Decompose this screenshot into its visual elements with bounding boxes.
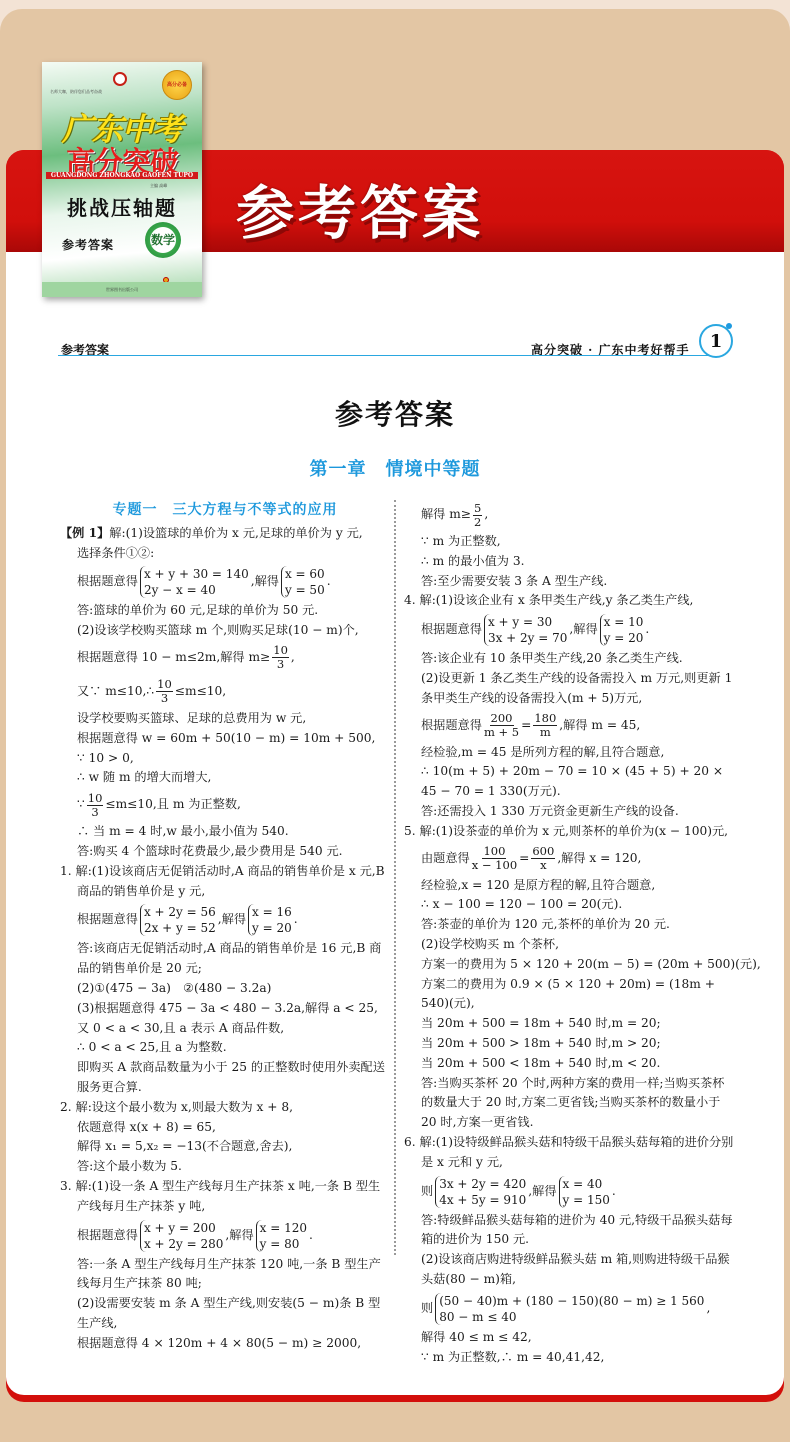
chapter-title: 第一章 情境中等题 bbox=[0, 455, 790, 481]
text-line: 答:茶壶的单价为 120 元,茶杯的单价为 20 元. bbox=[404, 915, 734, 935]
text: 根据题意得 bbox=[77, 1226, 138, 1246]
text: 则 bbox=[421, 1182, 433, 1202]
fraction-line: 又∵ m≤10,∴103≤m≤10, bbox=[60, 675, 390, 709]
equation-brace: x + 2y = 562x + y = 52 bbox=[140, 904, 216, 936]
equation: 2x + y = 52 bbox=[144, 920, 216, 936]
fraction-line: 根据题意得 10 − m≤2m,解得 m≥103, bbox=[60, 641, 390, 675]
header-rule bbox=[58, 355, 708, 356]
denominator: x bbox=[540, 859, 547, 872]
numerator: 600 bbox=[531, 845, 555, 859]
equation: 4x + 5y = 910 bbox=[439, 1192, 526, 1208]
book-cover-image: 名师大咖，陪伴您们品考奋战 高分必备 广东中考 高分突破 GUANGDONG Z… bbox=[42, 62, 202, 297]
equation: 2y − x = 40 bbox=[144, 582, 249, 598]
text: ≤m≤10, bbox=[175, 682, 226, 702]
numerator: 10 bbox=[87, 792, 104, 806]
example-1-line: 【例 1】解:(1)设篮球的单价为 x 元,足球的单价为 y 元, bbox=[60, 524, 390, 544]
inequality-brace: (50 − 40)m + (180 − 150)(80 − m) ≥ 1 560… bbox=[435, 1293, 704, 1325]
denominator: 3 bbox=[277, 658, 284, 671]
text-line: ∵ m 为正整数, bbox=[404, 532, 734, 552]
text: 根据题意得 bbox=[421, 620, 482, 640]
text-line: 当 20m + 500 < 18m + 540 时,m < 20. bbox=[404, 1054, 734, 1074]
text: ,解得 m = 45, bbox=[559, 716, 640, 736]
text-line: 方案一的费用为 5 × 120 + 20(m − 5) = (20m + 500… bbox=[404, 955, 734, 975]
page-badge-dot-icon bbox=[726, 323, 732, 329]
equation: x = 16 bbox=[252, 904, 292, 920]
equation: x = 40 bbox=[563, 1176, 610, 1192]
column-divider bbox=[394, 500, 396, 1255]
text-line: 根据题意得 w = 60m + 50(10 − m) = 10m + 500, bbox=[60, 729, 390, 749]
cover-title-line4: 参考答案 bbox=[62, 236, 114, 253]
denominator: 3 bbox=[161, 692, 168, 705]
inequality: (50 − 40)m + (180 − 150)(80 − m) ≥ 1 560 bbox=[439, 1293, 704, 1309]
inequality-system: 则 (50 − 40)m + (180 − 150)(80 − m) ≥ 1 5… bbox=[404, 1290, 734, 1328]
fraction: 180m bbox=[533, 712, 557, 739]
equation: x = 60 bbox=[285, 566, 325, 582]
text: ,解得 bbox=[225, 1226, 253, 1246]
equation: x + 2y = 56 bbox=[144, 904, 216, 920]
denominator: x − 100 bbox=[472, 859, 517, 872]
cover-slogan: 名师大咖，陪伴您们品考奋战 bbox=[50, 89, 102, 95]
equation: x + 2y = 280 bbox=[144, 1236, 223, 1252]
text: 根据题意得 bbox=[77, 572, 138, 592]
text-line: ∴ x − 100 = 120 − 100 = 20(元). bbox=[404, 895, 734, 915]
fraction-line: 由题意得100x − 100=600x,解得 x = 120, bbox=[404, 842, 734, 876]
equation-system: 根据题意得 x + y = 200x + 2y = 280 ,解得 x = 12… bbox=[60, 1217, 390, 1255]
banner-title: 参考答案 bbox=[236, 166, 484, 250]
document-title: 参考答案 bbox=[0, 393, 790, 433]
text: 根据题意得 bbox=[77, 910, 138, 930]
equation-brace: x + y + 30 = 1402y − x = 40 bbox=[140, 566, 249, 598]
text-line: ∴ 10(m + 5) + 20m − 70 = 10 × (45 + 5) +… bbox=[404, 762, 734, 802]
equation: y = 20 bbox=[604, 630, 644, 646]
text-line: 根据题意得 4 × 120m + 4 × 80(5 − m) ≥ 2000, bbox=[60, 1334, 390, 1354]
equation-system: 则 3x + 2y = 4204x + 5y = 910 ,解得 x = 40y… bbox=[404, 1173, 734, 1211]
text-line: 解得 40 ≤ m ≤ 42, bbox=[404, 1328, 734, 1348]
text-line: 答:该商店无促销活动时,A 商品的销售单价是 16 元,B 商品的销售单价是 2… bbox=[60, 939, 390, 979]
text: ≤m≤10,且 m 为正整数, bbox=[105, 795, 240, 815]
text-line: 选择条件①②: bbox=[60, 544, 390, 564]
text: 根据题意得 10 − m≤2m,解得 m≥ bbox=[77, 648, 270, 668]
question-5: 5. 解:(1)设茶壶的单价为 x 元,则茶杯的单价为(x − 100)元, bbox=[404, 822, 734, 842]
text: ,解得 bbox=[569, 620, 597, 640]
text-line: ∴ 当 m = 4 时,w 最小,最小值为 540. bbox=[60, 822, 390, 842]
solution-brace: x = 60y = 50 bbox=[281, 566, 325, 598]
numerator: 100 bbox=[482, 845, 506, 859]
equation: y = 80 bbox=[260, 1236, 307, 1252]
text-line: 答:该企业有 10 条甲类生产线,20 条乙类生产线. bbox=[404, 649, 734, 669]
numerator: 5 bbox=[473, 502, 482, 516]
inequality: 80 − m ≤ 40 bbox=[439, 1309, 704, 1325]
question-4: 4. 解:(1)设该企业有 x 条甲类生产线,y 条乙类生产线, bbox=[404, 591, 734, 611]
text-line: ∵ m 为正整数,∴ m = 40,41,42, bbox=[404, 1348, 734, 1368]
equation-system: 根据题意得 x + y + 30 = 1402y − x = 40 ,解得 x … bbox=[60, 563, 390, 601]
denominator: m + 5 bbox=[484, 726, 519, 739]
equation: 3x + 2y = 70 bbox=[488, 630, 567, 646]
cover-editor: 主编 高峰 bbox=[150, 183, 167, 189]
text: = bbox=[519, 849, 529, 869]
text-line: (2)设该商店购进特级鲜品猴头菇 m 箱,则购进特级干品猴头菇(80 − m)箱… bbox=[404, 1250, 734, 1290]
equation: x + y = 200 bbox=[144, 1220, 223, 1236]
text-line: (2)设学校购买 m 个茶杯, bbox=[404, 935, 734, 955]
text-line: 答:当购买茶杯 20 个时,两种方案的费用一样;当购买茶杯的数量大于 20 时,… bbox=[404, 1074, 734, 1133]
equation-system: 根据题意得 x + 2y = 562x + y = 52 ,解得 x = 16y… bbox=[60, 901, 390, 939]
text-line: (2)设更新 1 条乙类生产线的设备需投入 m 万元,则更新 1 条甲类生产线的… bbox=[404, 669, 734, 709]
text: ,解得 bbox=[218, 910, 246, 930]
text: 解得 m≥ bbox=[421, 505, 471, 525]
text: 根据题意得 bbox=[421, 716, 482, 736]
text-line: 依题意得 x(x + 8) = 65, bbox=[60, 1118, 390, 1138]
equation: y = 150 bbox=[563, 1192, 610, 1208]
numerator: 180 bbox=[533, 712, 557, 726]
solution-brace: x = 10y = 20 bbox=[600, 614, 644, 646]
subject-badge: 数学 bbox=[145, 222, 181, 258]
text-line: 答:至少需要安装 3 条 A 型生产线. bbox=[404, 572, 734, 592]
fraction: 52 bbox=[473, 502, 482, 529]
text-line: 经检验,m = 45 是所列方程的解,且符合题意, bbox=[404, 743, 734, 763]
numerator: 10 bbox=[156, 678, 173, 692]
numerator: 10 bbox=[272, 644, 289, 658]
text: 由题意得 bbox=[421, 849, 470, 869]
denominator: 2 bbox=[474, 516, 481, 529]
denominator: 3 bbox=[91, 806, 98, 819]
text-line: 答:一条 A 型生产线每月生产抹茶 120 吨,一条 B 型生产线每月生产抹茶 … bbox=[60, 1255, 390, 1295]
text: ,解得 x = 120, bbox=[557, 849, 641, 869]
equation: y = 20 bbox=[252, 920, 292, 936]
text: 解:(1)设篮球的单价为 x 元,足球的单价为 y 元, bbox=[109, 526, 362, 540]
fraction: 100x − 100 bbox=[472, 845, 517, 872]
right-column: 解得 m≥52, ∵ m 为正整数, ∴ m 的最小值为 3. 答:至少需要安装… bbox=[404, 498, 734, 1367]
text: 又∵ m≤10,∴ bbox=[77, 682, 154, 702]
numerator: 200 bbox=[490, 712, 514, 726]
text-line: 又 0 < a < 30,且 a 表示 A 商品件数, bbox=[60, 1019, 390, 1039]
left-column: 专题一 三大方程与不等式的应用 【例 1】解:(1)设篮球的单价为 x 元,足球… bbox=[60, 501, 390, 1354]
fraction-line: 解得 m≥52, bbox=[404, 498, 734, 532]
fraction-line: ∵103≤m≤10,且 m 为正整数, bbox=[60, 788, 390, 822]
text-line: (2)设该学校购买篮球 m 个,则购买足球(10 − m)个, bbox=[60, 621, 390, 641]
text-line: 方案二的费用为 0.9 × (5 × 120 + 20m) = (18m + 5… bbox=[404, 975, 734, 1015]
text-line: 答:这个最小数为 5. bbox=[60, 1157, 390, 1177]
denominator: m bbox=[540, 726, 551, 739]
equation: y = 50 bbox=[285, 582, 325, 598]
text-line: 即购买 A 款商品数量为小于 25 的正整数时使用外卖配送服务更合算. bbox=[60, 1058, 390, 1098]
text-line: 答:还需投入 1 330 万元资金更新生产线的设备. bbox=[404, 802, 734, 822]
text-line: 答:购买 4 个篮球时花费最少,最少费用是 540 元. bbox=[60, 842, 390, 862]
text-line: 解得 x₁ = 5,x₂ = −13(不合题意,舍去), bbox=[60, 1137, 390, 1157]
fraction: 103 bbox=[272, 644, 289, 671]
solution-brace: x = 40y = 150 bbox=[559, 1176, 610, 1208]
medal-badge-icon: 高分必备 bbox=[162, 70, 192, 100]
solution-brace: x = 16y = 20 bbox=[248, 904, 292, 936]
text: , bbox=[706, 1299, 710, 1319]
question-1: 1. 解:(1)设该商店无促销活动时,A 商品的销售单价是 x 元,B 商品的销… bbox=[60, 862, 390, 902]
cover-title-line3: 挑战压轴题 bbox=[42, 192, 202, 221]
equation-brace: 3x + 2y = 4204x + 5y = 910 bbox=[435, 1176, 526, 1208]
text-line: (3)根据题意得 475 − 3a < 480 − 3.2a,解得 a < 25… bbox=[60, 999, 390, 1019]
equation-brace: x + y = 303x + 2y = 70 bbox=[484, 614, 567, 646]
equation: x + y + 30 = 140 bbox=[144, 566, 249, 582]
fraction: 600x bbox=[531, 845, 555, 872]
question-6: 6. 解:(1)设特级鲜品猴头菇和特级干品猴头菇每箱的进价分别是 x 元和 y … bbox=[404, 1133, 734, 1173]
text-line: 答:特级鲜品猴头菇每箱的进价为 40 元,特级干品猴头菇每箱的进价为 150 元… bbox=[404, 1211, 734, 1251]
text: ,解得 bbox=[251, 572, 279, 592]
text-line: 设学校要购买篮球、足球的总费用为 w 元, bbox=[60, 709, 390, 729]
question-2: 2. 解:设这个最小数为 x,则最大数为 x + 8, bbox=[60, 1098, 390, 1118]
fraction: 103 bbox=[87, 792, 104, 819]
equation: x = 120 bbox=[260, 1220, 307, 1236]
cover-pinyin: GUANGDONG ZHONGKAO GAOFEN TUPO bbox=[46, 172, 198, 179]
text: = bbox=[521, 716, 531, 736]
text-line: 经检验,x = 120 是原方程的解,且符合题意, bbox=[404, 876, 734, 896]
text: ,解得 bbox=[528, 1182, 556, 1202]
section-title: 专题一 三大方程与不等式的应用 bbox=[60, 501, 390, 521]
equation: x = 10 bbox=[604, 614, 644, 630]
equation-brace: x + y = 200x + 2y = 280 bbox=[140, 1220, 223, 1252]
text-line: 答:篮球的单价为 60 元,足球的单价为 50 元. bbox=[60, 601, 390, 621]
text-line: ∵ 10 > 0, bbox=[60, 749, 390, 769]
publisher-logo-icon bbox=[113, 72, 127, 86]
question-3: 3. 解:(1)设一条 A 型生产线每月生产抹茶 x 吨,一条 B 型生产线每月… bbox=[60, 1177, 390, 1217]
fraction: 200m + 5 bbox=[484, 712, 519, 739]
fraction-line: 根据题意得200m + 5=180m,解得 m = 45, bbox=[404, 709, 734, 743]
text-line: ∴ m 的最小值为 3. bbox=[404, 552, 734, 572]
fraction: 103 bbox=[156, 678, 173, 705]
cover-publisher: 世界图书出版公司 bbox=[42, 282, 202, 297]
page-number: 1 bbox=[699, 324, 733, 358]
text: 则 bbox=[421, 1299, 433, 1319]
text-line: 当 20m + 500 > 18m + 540 时,m > 20; bbox=[404, 1034, 734, 1054]
text: ∵ bbox=[77, 795, 85, 815]
solution-brace: x = 120y = 80 bbox=[256, 1220, 307, 1252]
equation: 3x + 2y = 420 bbox=[439, 1176, 526, 1192]
text-line: (2)设需要安装 m 条 A 型生产线,则安装(5 − m)条 B 型生产线, bbox=[60, 1294, 390, 1334]
equation-system: 根据题意得 x + y = 303x + 2y = 70 ,解得 x = 10y… bbox=[404, 611, 734, 649]
text-line: ∴ 0 < a < 25,且 a 为整数. bbox=[60, 1038, 390, 1058]
example-tag: 【例 1】 bbox=[60, 526, 109, 540]
text-line: 当 20m + 500 = 18m + 540 时,m = 20; bbox=[404, 1014, 734, 1034]
equation: x + y = 30 bbox=[488, 614, 567, 630]
text-line: (2)①(475 − 3a) ②(480 − 3.2a) bbox=[60, 979, 390, 999]
text-line: ∴ w 随 m 的增大而增大, bbox=[60, 768, 390, 788]
